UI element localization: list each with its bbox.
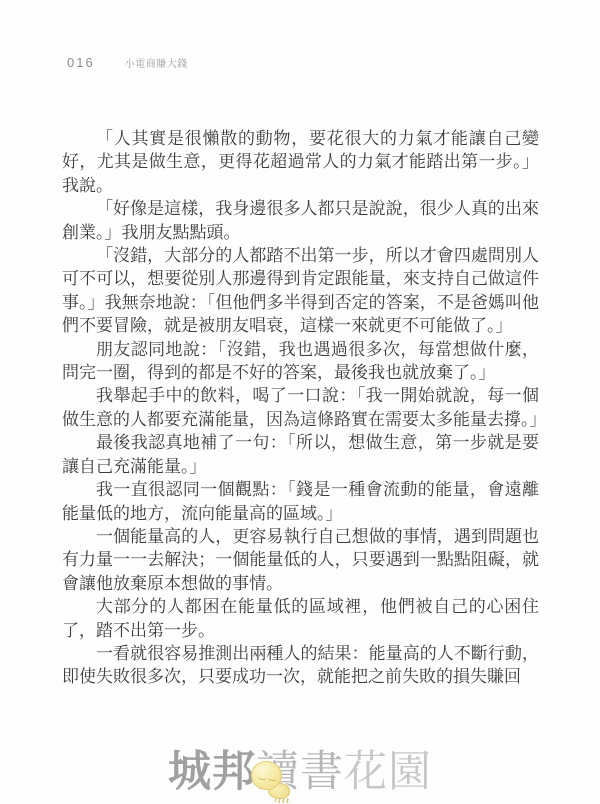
watermark-text-garden: 花園 — [344, 748, 432, 796]
chick-mascot-eye — [268, 774, 278, 781]
paragraph: 朋友認同地說：「沒錯，我也遇過很多次，每當想做什麼，問完一圈，得到的都是不好的答… — [62, 338, 539, 385]
paragraph: 最後我認真地補了一句：「所以，想做生意，第一步就是要讓自己充滿能量。」 — [62, 431, 539, 478]
publisher-watermark: 城邦讀書花園 — [0, 738, 600, 799]
paragraph: 大部分的人都困在能量低的區域裡，他們被自己的心困住了，踏不出第一步。 — [62, 595, 539, 642]
page-header: 016 小電商賺大錢 — [67, 55, 188, 70]
chick-mascot-head — [251, 761, 282, 790]
paragraph: 我舉起手中的飲料，喝了一口說：「我一開始就說，每一個做生意的人都要充滿能量，因為… — [62, 384, 539, 431]
paragraph: 「沒錯，大部分的人都踏不出第一步，所以才會四處問別人可不可以，想要從別人那邊得到… — [62, 244, 539, 338]
chick-mascot-eye — [258, 773, 268, 780]
book-page: 016 小電商賺大錢 「人其實是很懶散的動物，要花很大的力氣才能讓自己變好，尤其… — [0, 0, 600, 804]
paragraph: 一看就很容易推測出兩種人的結果：能量高的人不斷行動，即使失敗很多次，只要成功一次… — [62, 642, 539, 689]
body-text: 「人其實是很懶散的動物，要花很大的力氣才能讓自己變好，尤其是做生意，更得花超過常… — [62, 127, 539, 689]
chick-mascot-icon — [251, 761, 297, 804]
page-number: 016 — [67, 55, 95, 70]
paragraph: 「人其實是很懶散的動物，要花很大的力氣才能讓自己變好，尤其是做生意，更得花超過常… — [62, 127, 539, 197]
paragraph: 一個能量高的人，更容易執行自己想做的事情，遇到問題也有力量一一去解決；一個能量低… — [62, 525, 539, 595]
paragraph: 我一直很認同一個觀點：「錢是一種會流動的能量，會遠離能量低的地方，流向能量高的區… — [62, 478, 539, 525]
running-title: 小電商賺大錢 — [125, 55, 188, 70]
chick-mascot-feet — [275, 798, 291, 803]
watermark-text-cite: 城邦 — [168, 748, 256, 796]
paragraph: 「好像是這樣，我身邊很多人都只是說說，很少人真的出來創業。」我朋友點點頭。 — [62, 197, 539, 244]
